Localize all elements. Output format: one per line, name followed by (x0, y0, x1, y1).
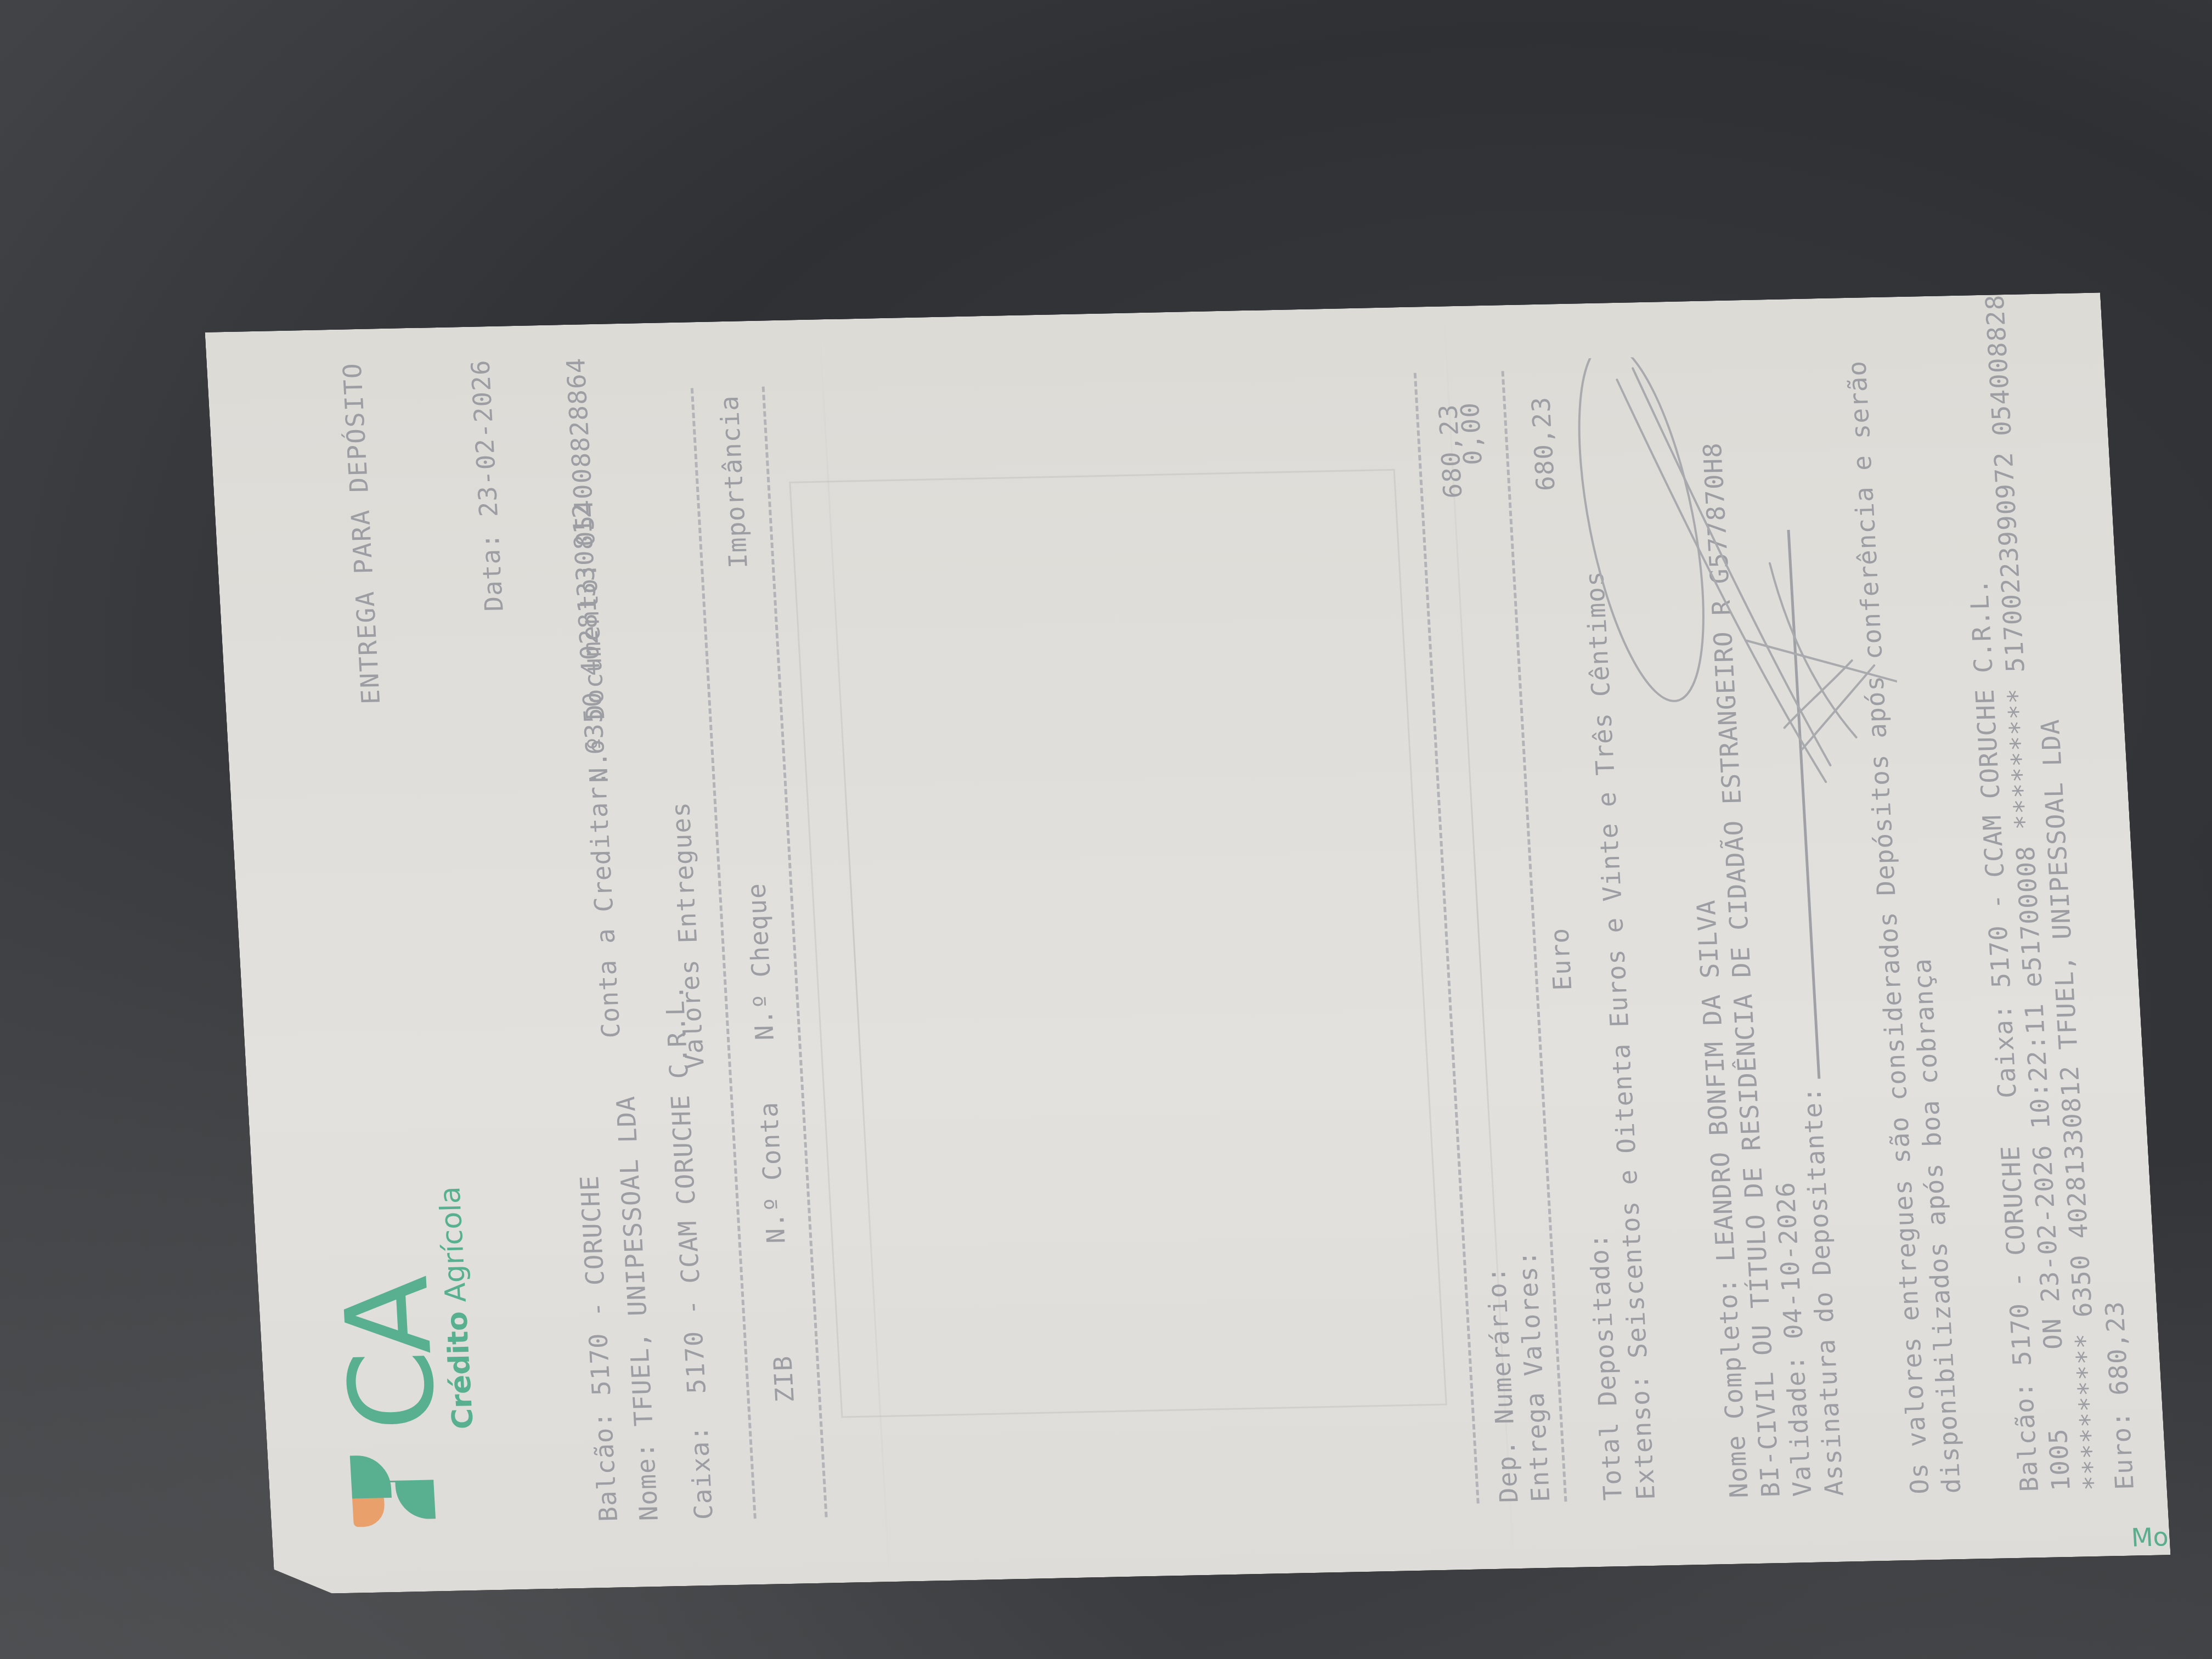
document-date: Data: 23-02-2026 (464, 359, 520, 785)
deposit-receipt: CA Crédito Agrícola ENTREGA PARA DEPÓSIT… (205, 292, 2171, 1594)
currency-label: Euro (1543, 927, 1578, 991)
entrega-valores-value: 0,00 (1454, 402, 1489, 465)
document-header: ENTREGA PARA DEPÓSITO Data: 23-02-2026 N… (273, 356, 679, 789)
document-title: ENTREGA PARA DEPÓSITO (336, 362, 391, 788)
table-body-area (789, 469, 1447, 1418)
column-header-amount: Importância (713, 395, 755, 569)
credito-agricola-logo: CA Crédito Agrícola (335, 1186, 486, 1527)
logo-letters: CA (335, 1187, 442, 1431)
leaf-logo-icon (349, 1443, 436, 1527)
column-header-zib: ZIB (766, 1355, 801, 1403)
balcao-line: Balcão: 5170 - CORUCHE (563, 986, 624, 1522)
